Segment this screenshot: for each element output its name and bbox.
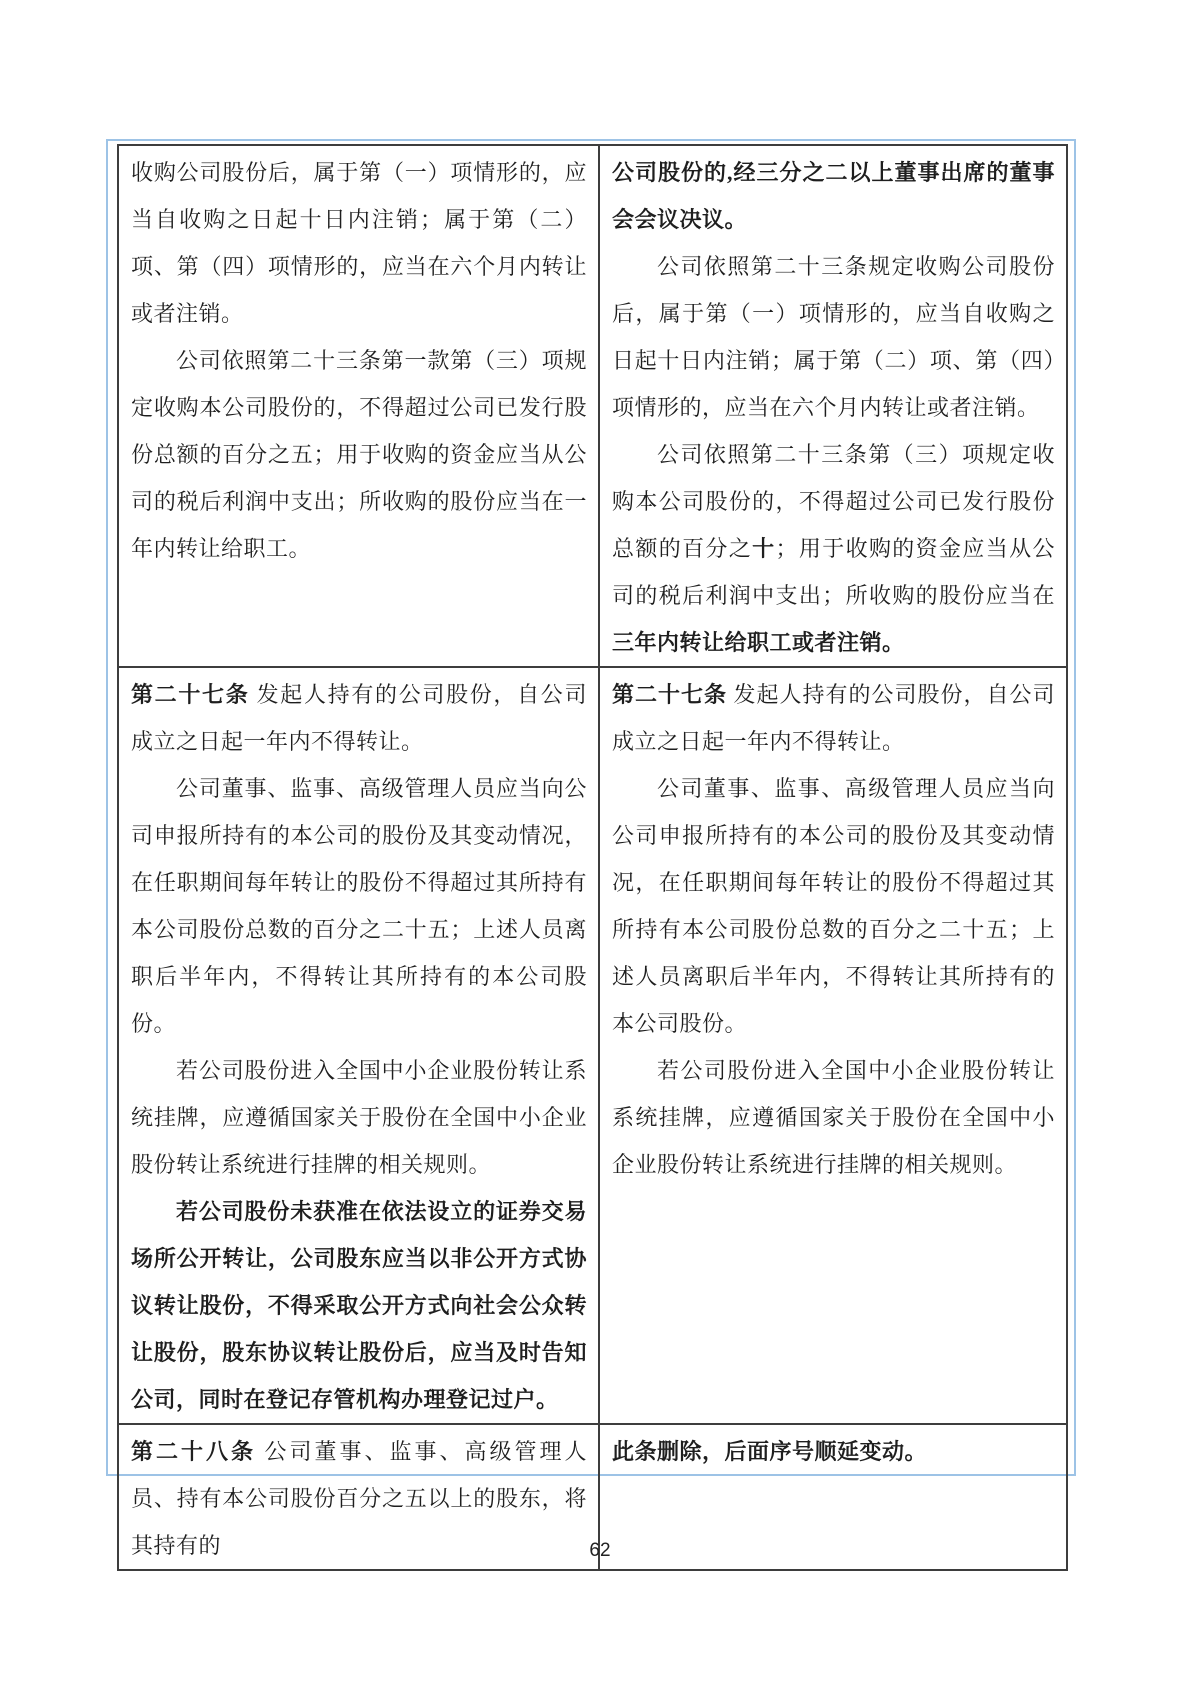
paragraph: 公司依照第二十三条第（三）项规定收购本公司股份的，不得超过公司已发行股份总额的百… (612, 431, 1055, 666)
text-run: 三年内转让给职工或者注销。 (612, 630, 905, 655)
text-run: 公司依照第二十三条规定收购公司股份后，属于第（一）项情形的，应当自收购之日起十日… (612, 254, 1055, 420)
text-run: 第二十七条 (131, 682, 249, 707)
page-number: 62 (0, 1540, 1200, 1562)
table-cell-left: 第二十七条 发起人持有的公司股份，自公司成立之日起一年内不得转让。公司董事、监事… (118, 667, 599, 1424)
text-run: 公司依照第二十三条第一款第（三）项规定收购本公司股份的，不得超过公司已发行股份总… (131, 348, 587, 561)
text-run: 十 (752, 536, 775, 561)
paragraph: 第二十七条 发起人持有的公司股份，自公司成立之日起一年内不得转让。 (612, 671, 1055, 765)
text-run: 公司董事、监事、高级管理人员应当向公司申报所持有的本公司的股份及其变动情况，在任… (612, 776, 1055, 1036)
paragraph: 公司依照第二十三条第一款第（三）项规定收购本公司股份的，不得超过公司已发行股份总… (131, 337, 587, 572)
text-run: 收购公司股份后，属于第（一）项情形的，应当自收购之日起十日内注销；属于第（二）项… (131, 160, 587, 326)
text-run: 此条删除，后面序号顺延变动。 (612, 1439, 927, 1464)
paragraph: 此条删除，后面序号顺延变动。 (612, 1428, 1055, 1475)
paragraph: 公司董事、监事、高级管理人员应当向公司申报所持有的本公司的股份及其变动情况，在任… (131, 765, 587, 1047)
paragraph: 若公司股份进入全国中小企业股份转让系统挂牌，应遵循国家关于股份在全国中小企业股份… (131, 1047, 587, 1188)
table-row: 收购公司股份后，属于第（一）项情形的，应当自收购之日起十日内注销；属于第（二）项… (118, 145, 1067, 667)
paragraph: 若公司股份进入全国中小企业股份转让系统挂牌，应遵循国家关于股份在全国中小企业股份… (612, 1047, 1055, 1188)
paragraph: 公司依照第二十三条规定收购公司股份后，属于第（一）项情形的，应当自收购之日起十日… (612, 243, 1055, 431)
comparison-table-frame: 收购公司股份后，属于第（一）项情形的，应当自收购之日起十日内注销；属于第（二）项… (106, 139, 1076, 1476)
document-page: 收购公司股份后，属于第（一）项情形的，应当自收购之日起十日内注销；属于第（二）项… (0, 0, 1200, 1697)
comparison-table: 收购公司股份后，属于第（一）项情形的，应当自收购之日起十日内注销；属于第（二）项… (117, 144, 1068, 1571)
table-row: 第二十七条 发起人持有的公司股份，自公司成立之日起一年内不得转让。公司董事、监事… (118, 667, 1067, 1424)
text-run: 若公司股份进入全国中小企业股份转让系统挂牌，应遵循国家关于股份在全国中小企业股份… (131, 1058, 587, 1177)
text-run: 第二十八条 (131, 1439, 256, 1464)
table-cell-right: 公司股份的,经三分之二以上董事出席的董事会会议决议。公司依照第二十三条规定收购公… (599, 145, 1067, 667)
paragraph: 第二十七条 发起人持有的公司股份，自公司成立之日起一年内不得转让。 (131, 671, 587, 765)
text-run: 若公司股份未获准在依法设立的证券交易场所公开转让，公司股东应当以非公开方式协议转… (131, 1199, 587, 1412)
paragraph: 若公司股份未获准在依法设立的证券交易场所公开转让，公司股东应当以非公开方式协议转… (131, 1188, 587, 1423)
paragraph: 公司股份的,经三分之二以上董事出席的董事会会议决议。 (612, 149, 1055, 243)
paragraph: 公司董事、监事、高级管理人员应当向公司申报所持有的本公司的股份及其变动情况，在任… (612, 765, 1055, 1047)
paragraph: 收购公司股份后，属于第（一）项情形的，应当自收购之日起十日内注销；属于第（二）项… (131, 149, 587, 337)
table-body: 收购公司股份后，属于第（一）项情形的，应当自收购之日起十日内注销；属于第（二）项… (118, 145, 1067, 1570)
table-cell-right: 第二十七条 发起人持有的公司股份，自公司成立之日起一年内不得转让。公司董事、监事… (599, 667, 1067, 1424)
text-run: 第二十七条 (612, 682, 727, 707)
text-run: 公司董事、监事、高级管理人员应当向公司申报所持有的本公司的股份及其变动情况，在任… (131, 776, 587, 1036)
table-cell-left: 收购公司股份后，属于第（一）项情形的，应当自收购之日起十日内注销；属于第（二）项… (118, 145, 599, 667)
text-run: 公司股份的,经三分之二以上董事出席的董事会会议决议。 (612, 160, 1055, 232)
text-run: 若公司股份进入全国中小企业股份转让系统挂牌，应遵循国家关于股份在全国中小企业股份… (612, 1058, 1055, 1177)
